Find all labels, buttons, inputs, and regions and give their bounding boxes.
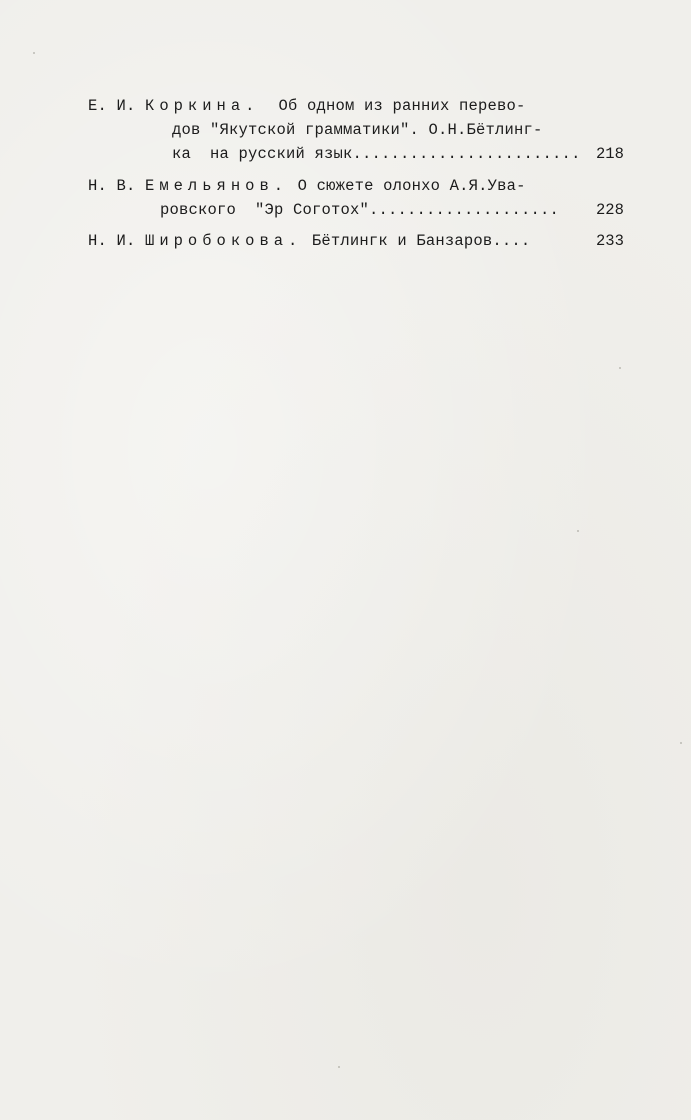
- author-initials: Н. В.: [88, 177, 136, 195]
- author-surname: Коркина.: [145, 97, 259, 115]
- paper-speck: [338, 1066, 340, 1068]
- title-continuation: ровского "Эр Соготох"...................…: [160, 200, 559, 220]
- page-number: 218: [596, 144, 624, 164]
- title-text: О сюжете олонхо А.Я.Ува-: [298, 177, 526, 195]
- author-surname: Емельянов.: [145, 177, 288, 195]
- paper-speck: [619, 367, 621, 369]
- document-page: Е. И. Коркина. Об одном из ранних перево…: [0, 0, 691, 1120]
- page-number: 233: [596, 231, 624, 251]
- author-initials: Е. И.: [88, 97, 136, 115]
- paper-speck: [33, 52, 35, 54]
- toc-entry-first-line: Н. И. Широбокова. Бётлингк и Банзаров...…: [88, 231, 530, 251]
- paper-speck: [680, 742, 682, 744]
- page-number: 228: [596, 200, 624, 220]
- toc-entry-first-line: Н. В. Емельянов. О сюжете олонхо А.Я.Ува…: [88, 176, 526, 196]
- toc-entry-first-line: Е. И. Коркина. Об одном из ранних перево…: [88, 96, 526, 116]
- title-continuation: ка на русский язык......................…: [172, 144, 581, 164]
- author-initials: Н. И.: [88, 232, 136, 250]
- title-continuation: дов "Якутской грамматики". О.Н.Бётлинг-: [172, 120, 543, 140]
- title-text: Об одном из ранних перево-: [278, 97, 525, 115]
- title-text: Бётлингк и Банзаров....: [312, 232, 531, 250]
- paper-speck: [577, 530, 579, 532]
- author-surname: Широбокова.: [145, 232, 302, 250]
